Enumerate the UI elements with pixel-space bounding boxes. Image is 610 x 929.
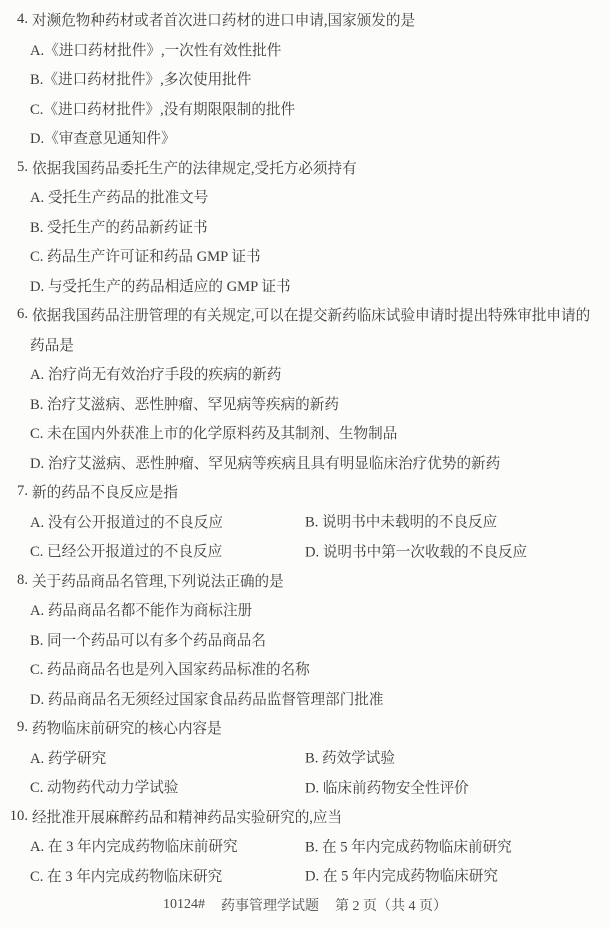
- option-text: A. 药品商品名都不能作为商标注册: [30, 599, 252, 620]
- question-10-header: 10. 经批准开展麻醉药品和精神药品实验研究的,应当: [0, 802, 610, 832]
- question-5-number: 5.: [0, 159, 28, 176]
- question-9-number: 9.: [0, 719, 28, 736]
- page-number: 第 2 页（共 4 页）: [335, 895, 447, 915]
- question-9-header: 9. 药物临床前研究的核心内容是: [0, 713, 610, 743]
- question-6-number: 6.: [0, 306, 28, 323]
- option-text: D. 治疗艾滋病、恶性肿瘤、罕见病等疾病且具有明显临床治疗优势的新药: [30, 452, 500, 473]
- option-text: B.《进口药材批件》,多次使用批件: [30, 68, 251, 89]
- question-6-option-d: D. 治疗艾滋病、恶性肿瘤、罕见病等疾病且具有明显临床治疗优势的新药: [0, 448, 610, 478]
- question-5-option-c: C. 药品生产许可证和药品 GMP 证书: [0, 241, 610, 271]
- question-7-option-a: A. 没有公开报道过的不良反应: [30, 511, 223, 532]
- question-9-option-d: D. 临床前药物安全性评价: [305, 776, 469, 797]
- question-8-option-d: D. 药品商品名无须经过国家食品药品监督管理部门批准: [0, 684, 610, 714]
- question-9-text: 药物临床前研究的核心内容是: [32, 717, 222, 738]
- question-5-text: 依据我国药品委托生产的法律规定,受托方必须持有: [32, 157, 357, 178]
- question-7-option-d: D. 说明书中第一次收载的不良反应: [305, 540, 527, 561]
- option-text: D. 药品商品名无须经过国家食品药品监督管理部门批准: [30, 688, 384, 709]
- question-4: 4. 对濒危物种药材或者首次进口药材的进口申请,国家颁发的是 A.《进口药材批件…: [0, 5, 610, 153]
- question-10-options-row-1: A. 在 3 年内完成药物临床前研究 B. 在 5 年内完成药物临床前研究: [0, 831, 610, 861]
- option-text: C. 药品商品名也是列入国家药品标准的名称: [30, 658, 310, 679]
- question-7-option-c: C. 已经公开报道过的不良反应: [30, 540, 222, 561]
- question-6-text-line1: 依据我国药品注册管理的有关规定,可以在提交新药临床试验申请时提出特殊审批申请的: [32, 304, 590, 325]
- question-10-option-b: B. 在 5 年内完成药物临床前研究: [305, 835, 512, 856]
- option-text: B. 受托生产的药品新药证书: [30, 216, 208, 237]
- question-7-options-row-2: C. 已经公开报道过的不良反应 D. 说明书中第一次收载的不良反应: [0, 536, 610, 566]
- page-footer: 10124# 药事管理学试题 第 2 页（共 4 页）: [0, 890, 610, 920]
- question-6-option-c: C. 未在国内外获准上市的化学原料药及其制剂、生物制品: [0, 418, 610, 448]
- question-7-text: 新的药品不良反应是指: [32, 481, 178, 502]
- question-10-option-c: C. 在 3 年内完成药物临床研究: [30, 865, 222, 886]
- option-text: A. 治疗尚无有效治疗手段的疾病的新药: [30, 363, 281, 384]
- question-5-option-a: A. 受托生产药品的批准文号: [0, 182, 610, 212]
- question-4-text: 对濒危物种药材或者首次进口药材的进口申请,国家颁发的是: [32, 9, 415, 30]
- option-text: C. 药品生产许可证和药品 GMP 证书: [30, 245, 261, 266]
- question-9-options-row-2: C. 动物药代动力学试验 D. 临床前药物安全性评价: [0, 772, 610, 802]
- option-text: B. 治疗艾滋病、恶性肿瘤、罕见病等疾病的新药: [30, 393, 339, 414]
- question-10-number: 10.: [0, 808, 28, 825]
- question-8-header: 8. 关于药品商品名管理,下列说法正确的是: [0, 566, 610, 596]
- question-4-header: 4. 对濒危物种药材或者首次进口药材的进口申请,国家颁发的是: [0, 5, 610, 35]
- question-6-option-a: A. 治疗尚无有效治疗手段的疾病的新药: [0, 359, 610, 389]
- question-7-header: 7. 新的药品不良反应是指: [0, 477, 610, 507]
- question-6-text-line2: 药品是: [0, 330, 610, 360]
- question-4-option-c: C.《进口药材批件》,没有期限限制的批件: [0, 94, 610, 124]
- option-text: D. 与受托生产的药品相适应的 GMP 证书: [30, 275, 291, 296]
- question-4-option-d: D.《审查意见通知件》: [0, 123, 610, 153]
- question-8-text: 关于药品商品名管理,下列说法正确的是: [32, 570, 284, 591]
- question-5: 5. 依据我国药品委托生产的法律规定,受托方必须持有 A. 受托生产药品的批准文…: [0, 153, 610, 301]
- question-7: 7. 新的药品不良反应是指 A. 没有公开报道过的不良反应 B. 说明书中未载明…: [0, 477, 610, 566]
- exam-paper-page: 4. 对濒危物种药材或者首次进口药材的进口申请,国家颁发的是 A.《进口药材批件…: [0, 0, 610, 929]
- exam-title: 药事管理学试题: [221, 895, 319, 915]
- question-8-option-a: A. 药品商品名都不能作为商标注册: [0, 595, 610, 625]
- question-9-options-row-1: A. 药学研究 B. 药效学试验: [0, 743, 610, 773]
- question-8-option-c: C. 药品商品名也是列入国家药品标准的名称: [0, 654, 610, 684]
- question-5-option-d: D. 与受托生产的药品相适应的 GMP 证书: [0, 271, 610, 301]
- question-4-option-b: B.《进口药材批件》,多次使用批件: [0, 64, 610, 94]
- question-10-options-row-2: C. 在 3 年内完成药物临床研究 D. 在 5 年内完成药物临床研究: [0, 861, 610, 891]
- question-10-option-d: D. 在 5 年内完成药物临床研究: [305, 865, 498, 886]
- question-5-header: 5. 依据我国药品委托生产的法律规定,受托方必须持有: [0, 153, 610, 183]
- question-7-option-b: B. 说明书中未载明的不良反应: [305, 511, 497, 532]
- question-9-option-c: C. 动物药代动力学试验: [30, 776, 178, 797]
- option-text: A.《进口药材批件》,一次性有效性批件: [30, 39, 281, 60]
- question-4-option-a: A.《进口药材批件》,一次性有效性批件: [0, 35, 610, 65]
- option-text: B. 同一个药品可以有多个药品商品名: [30, 629, 266, 650]
- question-8-option-b: B. 同一个药品可以有多个药品商品名: [0, 625, 610, 655]
- question-7-number: 7.: [0, 483, 28, 500]
- question-5-option-b: B. 受托生产的药品新药证书: [0, 212, 610, 242]
- question-10-option-a: A. 在 3 年内完成药物临床前研究: [30, 835, 238, 856]
- question-6-option-b: B. 治疗艾滋病、恶性肿瘤、罕见病等疾病的新药: [0, 389, 610, 419]
- option-text: C. 未在国内外获准上市的化学原料药及其制剂、生物制品: [30, 422, 397, 443]
- question-8: 8. 关于药品商品名管理,下列说法正确的是 A. 药品商品名都不能作为商标注册 …: [0, 566, 610, 714]
- question-text-continuation: 药品是: [30, 334, 74, 355]
- question-8-number: 8.: [0, 572, 28, 589]
- exam-code: 10124#: [163, 897, 205, 913]
- question-6: 6. 依据我国药品注册管理的有关规定,可以在提交新药临床试验申请时提出特殊审批申…: [0, 300, 610, 477]
- option-text: C.《进口药材批件》,没有期限限制的批件: [30, 98, 295, 119]
- question-10-text: 经批准开展麻醉药品和精神药品实验研究的,应当: [32, 806, 342, 827]
- option-text: A. 受托生产药品的批准文号: [30, 186, 208, 207]
- question-6-header: 6. 依据我国药品注册管理的有关规定,可以在提交新药临床试验申请时提出特殊审批申…: [0, 300, 610, 330]
- question-9-option-a: A. 药学研究: [30, 747, 106, 768]
- question-9: 9. 药物临床前研究的核心内容是 A. 药学研究 B. 药效学试验 C. 动物药…: [0, 713, 610, 802]
- question-4-number: 4.: [0, 11, 28, 28]
- question-9-option-b: B. 药效学试验: [305, 747, 395, 768]
- option-text: D.《审查意见通知件》: [30, 127, 176, 148]
- question-7-options-row-1: A. 没有公开报道过的不良反应 B. 说明书中未载明的不良反应: [0, 507, 610, 537]
- question-10: 10. 经批准开展麻醉药品和精神药品实验研究的,应当 A. 在 3 年内完成药物…: [0, 802, 610, 891]
